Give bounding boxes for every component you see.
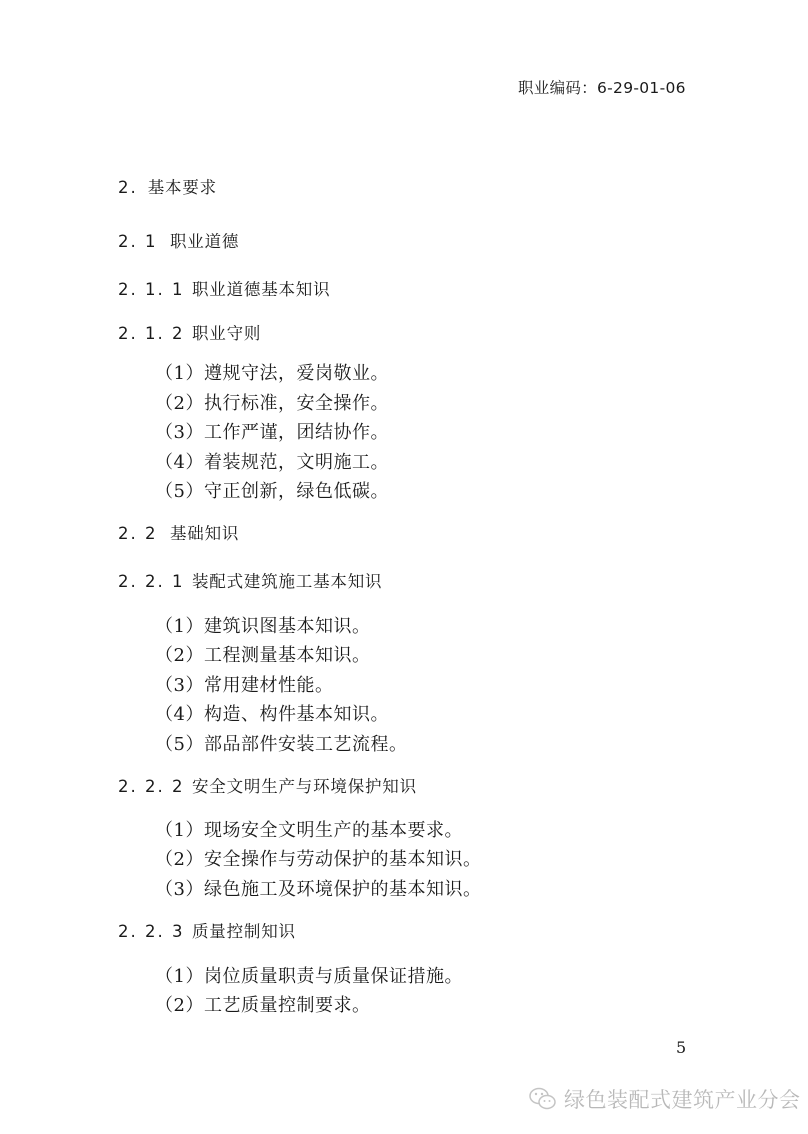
heading-2-2: 2. 2基础知识 bbox=[118, 520, 239, 544]
heading-2-2-3: 2. 2. 3质量控制知识 bbox=[118, 918, 296, 942]
list-item: （1）建筑识图基本知识。 bbox=[155, 612, 370, 638]
list-item: （1）岗位质量职责与质量保证措施。 bbox=[155, 962, 463, 988]
list-item: （2）执行标准，安全操作。 bbox=[155, 389, 389, 415]
heading-2-2-2: 2. 2. 2安全文明生产与环境保护知识 bbox=[118, 773, 417, 797]
heading-2-1: 2. 1职业道德 bbox=[118, 228, 239, 252]
list-item: （2）工艺质量控制要求。 bbox=[155, 991, 370, 1017]
list-item: （3）绿色施工及环境保护的基本知识。 bbox=[155, 875, 481, 901]
list-item: （4）着装规范，文明施工。 bbox=[155, 448, 389, 474]
list-item: （3）工作严谨，团结协作。 bbox=[155, 418, 389, 444]
page-number: 5 bbox=[676, 1038, 686, 1057]
list-item: （3）常用建材性能。 bbox=[155, 671, 333, 697]
list-item: （1）现场安全文明生产的基本要求。 bbox=[155, 816, 463, 842]
wechat-icon bbox=[528, 1086, 558, 1112]
heading-2: 2.基本要求 bbox=[118, 174, 217, 198]
list-item: （5）部品部件安装工艺流程。 bbox=[155, 730, 407, 756]
list-item: （1）遵规守法，爱岗敬业。 bbox=[155, 359, 389, 385]
heading-2-2-1: 2. 2. 1装配式建筑施工基本知识 bbox=[118, 568, 382, 592]
watermark: 绿色装配式建筑产业分会 bbox=[528, 1084, 801, 1114]
list-item: （5）守正创新，绿色低碳。 bbox=[155, 477, 389, 503]
list-item: （4）构造、构件基本知识。 bbox=[155, 700, 389, 726]
list-item: （2）安全操作与劳动保护的基本知识。 bbox=[155, 845, 481, 871]
heading-2-1-2: 2. 1. 2职业守则 bbox=[118, 320, 261, 344]
heading-2-1-1: 2. 1. 1职业道德基本知识 bbox=[118, 276, 330, 300]
watermark-text: 绿色装配式建筑产业分会 bbox=[564, 1084, 801, 1114]
occupation-code: 职业编码：6-29-01-06 bbox=[518, 76, 686, 98]
list-item: （2）工程测量基本知识。 bbox=[155, 641, 370, 667]
